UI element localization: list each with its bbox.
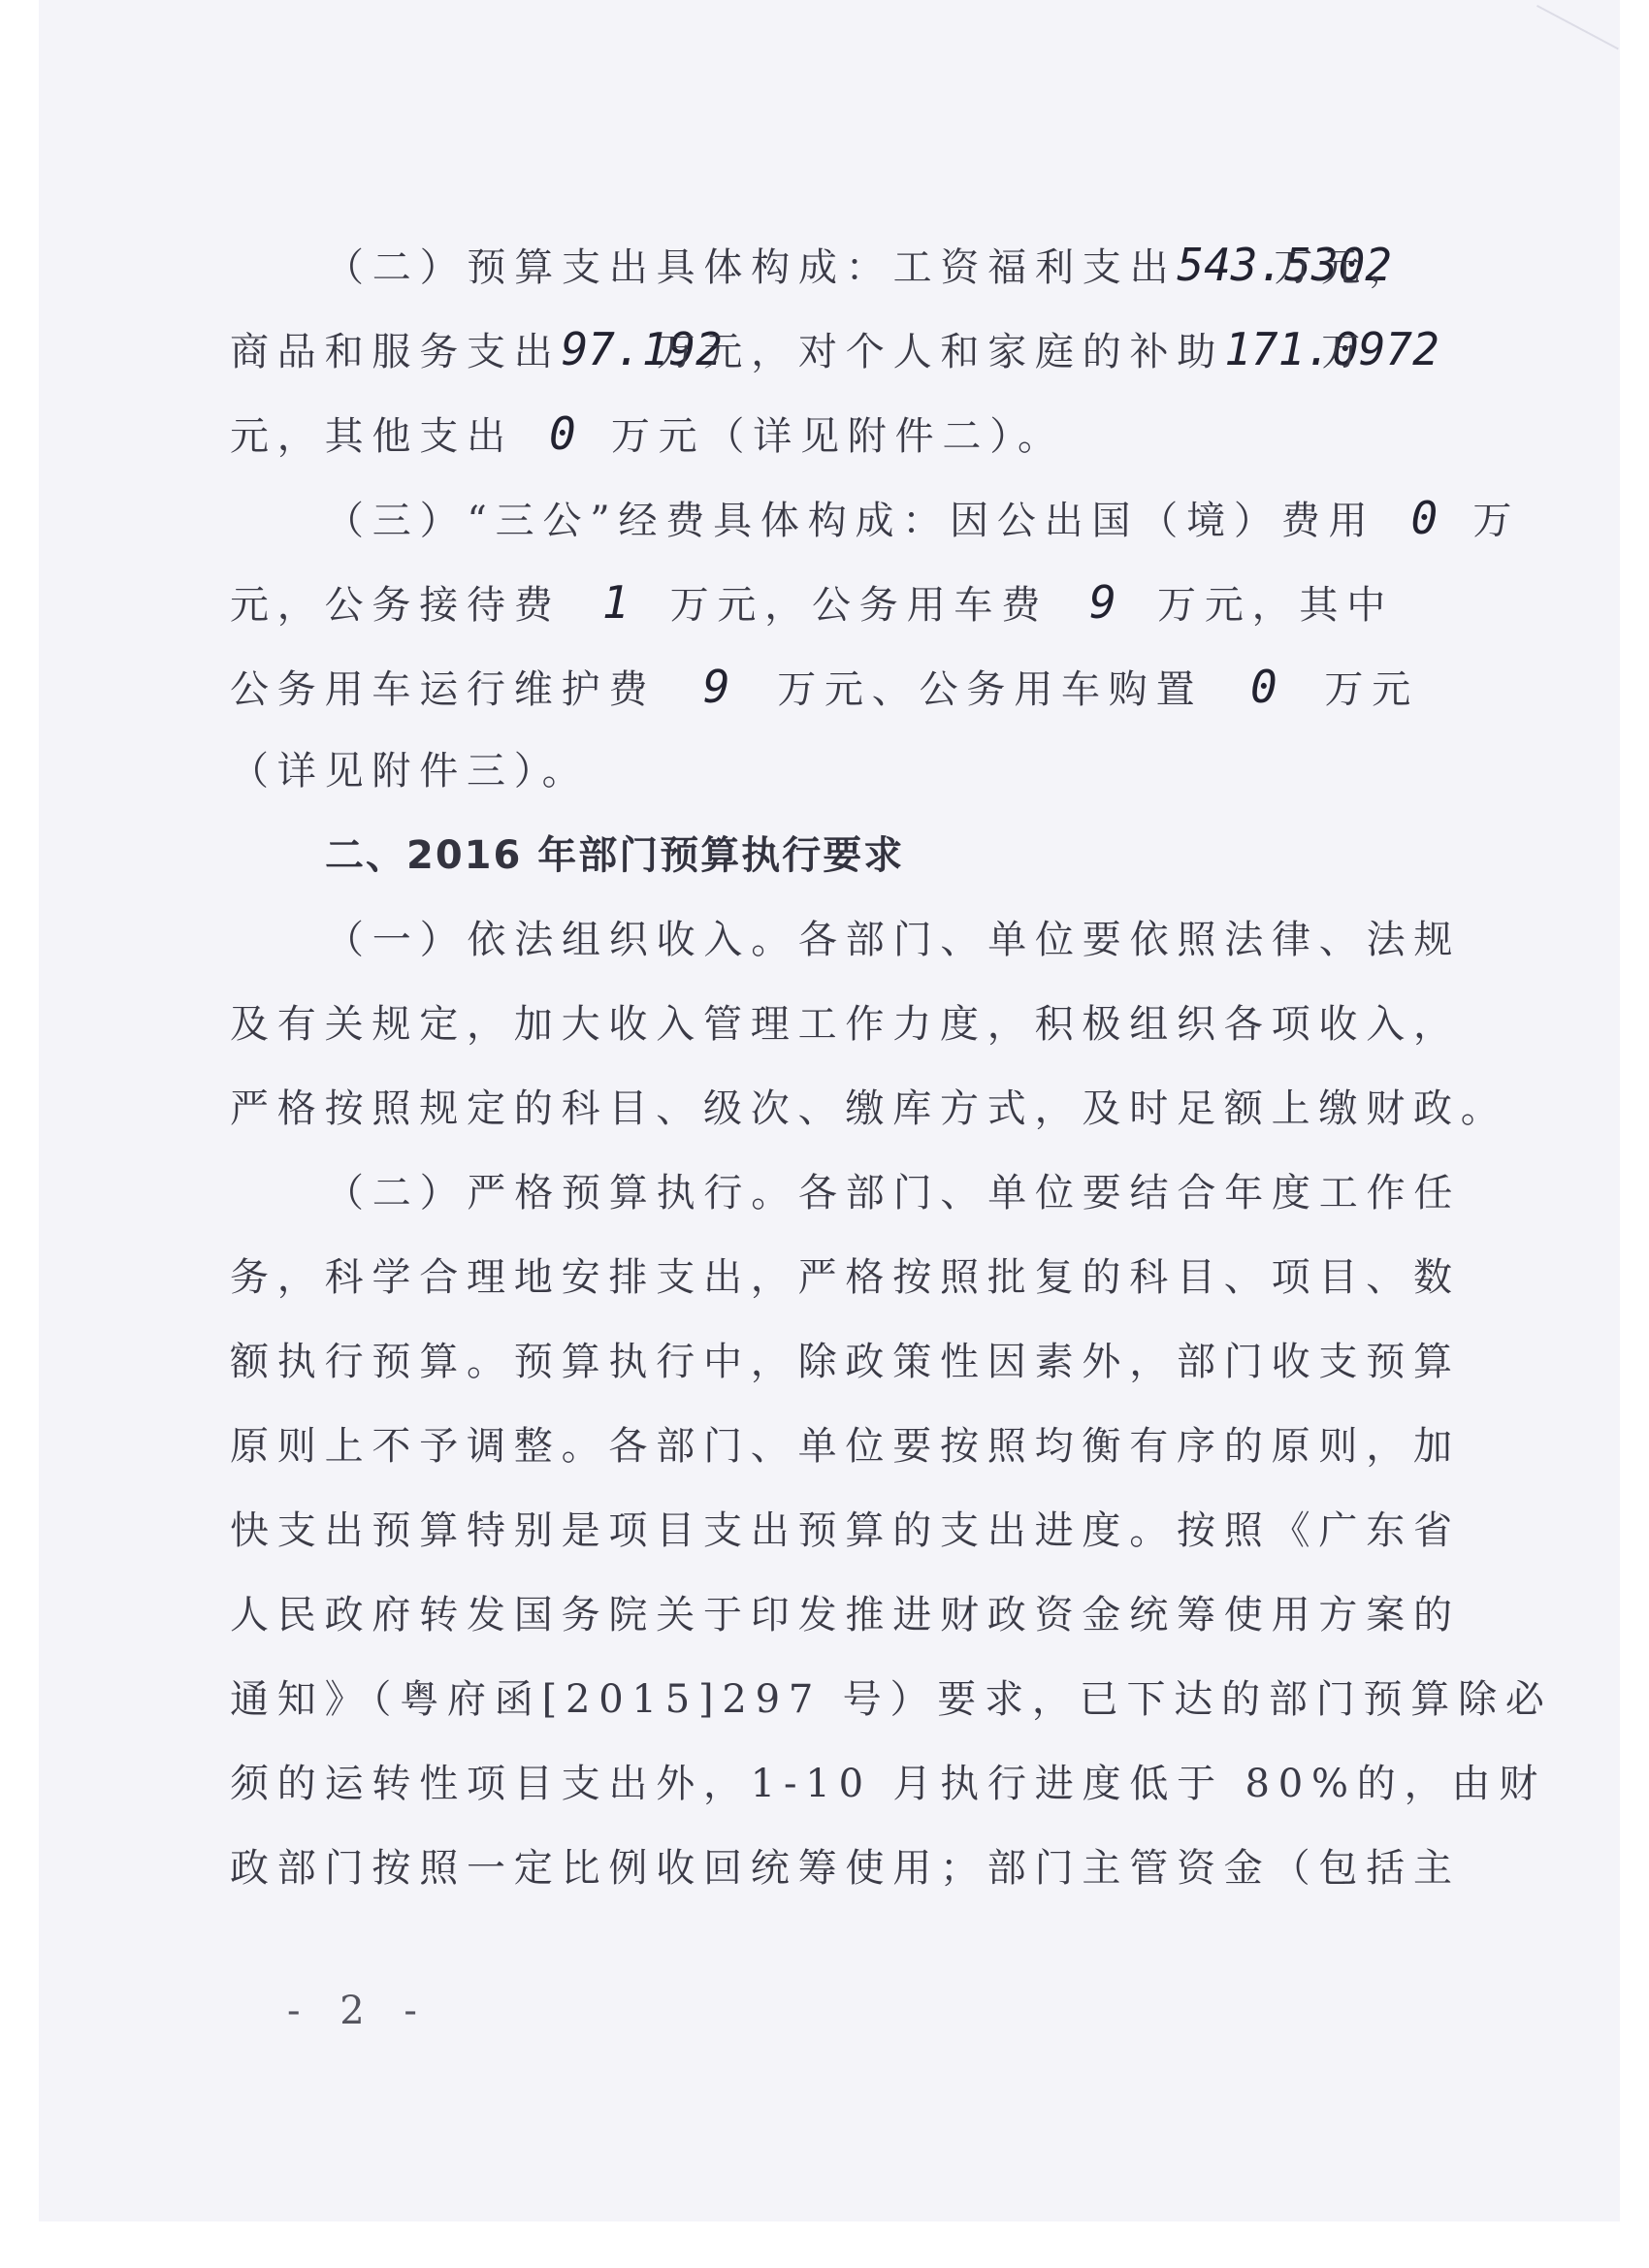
text-line: 政部门按照一定比例收回统筹使用；部门主管资金（包括主 <box>230 1827 1433 1911</box>
text-line: 须的运转性项目支出外，1-10 月执行进度低于 80%的，由财 <box>230 1742 1433 1827</box>
text-segment: 额执行预算。预算执行中，除政策性因素外，部门收支预算 <box>230 1340 1461 1384</box>
handwritten-amount: 0 <box>514 392 611 476</box>
handwritten-amount: 97.192 <box>562 308 657 392</box>
text-segment: 政部门按照一定比例收回统筹使用；部门主管资金（包括主 <box>230 1846 1461 1891</box>
text-segment: 元，其他支出 <box>230 414 514 459</box>
text-line: 商品和服务支出97.192万元，对个人和家庭的补助171.0972万 <box>230 308 1433 392</box>
handwritten-amount: 9 <box>1049 561 1157 645</box>
handwritten-amount: 1 <box>562 561 670 645</box>
handwritten-amount: 9 <box>656 645 777 729</box>
paragraph-section-2-heading: 二、2016 年部门预算执行要求 <box>230 814 1433 898</box>
text-line: （详见附件三）。 <box>230 729 1433 814</box>
text-segment: 公务用车运行维护费 <box>230 667 656 712</box>
text-line: 人民政府转发国务院关于印发推进财政资金统筹使用方案的 <box>230 1573 1433 1658</box>
text-line: 严格按照规定的科目、级次、缴库方式，及时足额上缴财政。 <box>230 1067 1433 1151</box>
paragraph-budget-expenditure-composition: （二）预算支出具体构成：工资福利支出543.5302万元，商品和服务支出97.1… <box>230 223 1433 476</box>
text-line: （一）依法组织收入。各部门、单位要依照法律、法规 <box>230 898 1433 983</box>
text-segment: 万元（详见附件二）。 <box>611 414 1065 459</box>
page-number: - 2 - <box>287 1989 431 2033</box>
text-segment: 商品和服务支出 <box>230 330 562 374</box>
text-line: （三）“三公”经费具体构成：因公出国（境）费用0万 <box>230 476 1433 561</box>
text-line: 原则上不予调整。各部门、单位要按照均衡有序的原则，加 <box>230 1405 1433 1489</box>
text-line: （二）严格预算执行。各部门、单位要结合年度工作任 <box>230 1151 1433 1236</box>
paragraph-three-public-expenses: （三）“三公”经费具体构成：因公出国（境）费用0万元，公务接待费1万元，公务用车… <box>230 476 1433 814</box>
text-segment: 通知》（粤府函[2015]297 号）要求，已下达的部门预算除必 <box>230 1677 1553 1722</box>
text-line: 元，其他支出0万元（详见附件二）。 <box>230 392 1433 476</box>
text-segment: （二）严格预算执行。各部门、单位要结合年度工作任 <box>325 1171 1461 1215</box>
text-segment: 须的运转性项目支出外，1-10 月执行进度低于 80%的，由财 <box>230 1762 1546 1806</box>
text-segment: 万 <box>1472 499 1520 543</box>
paragraph-organize-revenue: （一）依法组织收入。各部门、单位要依照法律、法规及有关规定，加大收入管理工作力度… <box>230 898 1433 1151</box>
text-segment: 万元、公务用车购置 <box>777 667 1203 712</box>
text-segment: 万元，对个人和家庭的补助 <box>657 330 1225 374</box>
text-segment: 务，科学合理地安排支出，严格按照批复的科目、项目、数 <box>230 1255 1461 1300</box>
text-segment: 原则上不予调整。各部门、单位要按照均衡有序的原则，加 <box>230 1424 1461 1469</box>
text-segment: 万元，公务用车费 <box>670 583 1049 628</box>
text-segment: （一）依法组织收入。各部门、单位要依照法律、法规 <box>325 918 1461 962</box>
text-segment: 快支出预算特别是项目支出预算的支出进度。按照《广东省 <box>230 1508 1461 1553</box>
text-line: 元，公务接待费1万元，公务用车费9万元，其中 <box>230 561 1433 645</box>
handwritten-amount: 0 <box>1203 645 1324 729</box>
text-segment: 二、2016 年部门预算执行要求 <box>325 833 904 878</box>
text-segment: （二）预算支出具体构成：工资福利支出 <box>325 245 1177 290</box>
text-segment: 万 <box>1321 330 1369 374</box>
text-line: （二）预算支出具体构成：工资福利支出543.5302万元， <box>230 223 1433 308</box>
text-segment: （详见附件三）。 <box>230 749 589 794</box>
text-line: 通知》（粤府函[2015]297 号）要求，已下达的部门预算除必 <box>230 1658 1433 1742</box>
text-line: 快支出预算特别是项目支出预算的支出进度。按照《广东省 <box>230 1489 1433 1573</box>
handwritten-amount: 0 <box>1375 476 1472 561</box>
text-segment: 元，公务接待费 <box>230 583 562 628</box>
document-body: （二）预算支出具体构成：工资福利支出543.5302万元，商品和服务支出97.1… <box>230 223 1433 1911</box>
handwritten-amount: 171.0972 <box>1224 308 1321 392</box>
text-line: 额执行预算。预算执行中，除政策性因素外，部门收支预算 <box>230 1320 1433 1405</box>
text-segment: 万元，其中 <box>1157 583 1394 628</box>
text-segment: 人民政府转发国务院关于印发推进财政资金统筹使用方案的 <box>230 1593 1461 1637</box>
text-segment: 万元， <box>1274 245 1415 290</box>
text-line: 及有关规定，加大收入管理工作力度，积极组织各项收入， <box>230 983 1433 1067</box>
section-heading: 二、2016 年部门预算执行要求 <box>230 814 1433 898</box>
text-segment: 及有关规定，加大收入管理工作力度，积极组织各项收入， <box>230 1002 1461 1047</box>
handwritten-amount: 543.5302 <box>1177 223 1274 308</box>
scan-mark <box>1509 5 1619 101</box>
paragraph-strict-budget-execution: （二）严格预算执行。各部门、单位要结合年度工作任务，科学合理地安排支出，严格按照… <box>230 1151 1433 1911</box>
text-line: 公务用车运行维护费9万元、公务用车购置0万元 <box>230 645 1433 729</box>
text-segment: 严格按照规定的科目、级次、缴库方式，及时足额上缴财政。 <box>230 1086 1508 1131</box>
text-segment: （三）“三公”经费具体构成：因公出国（境）费用 <box>325 499 1375 543</box>
text-line: 务，科学合理地安排支出，严格按照批复的科目、项目、数 <box>230 1236 1433 1320</box>
text-segment: 万元 <box>1324 667 1419 712</box>
